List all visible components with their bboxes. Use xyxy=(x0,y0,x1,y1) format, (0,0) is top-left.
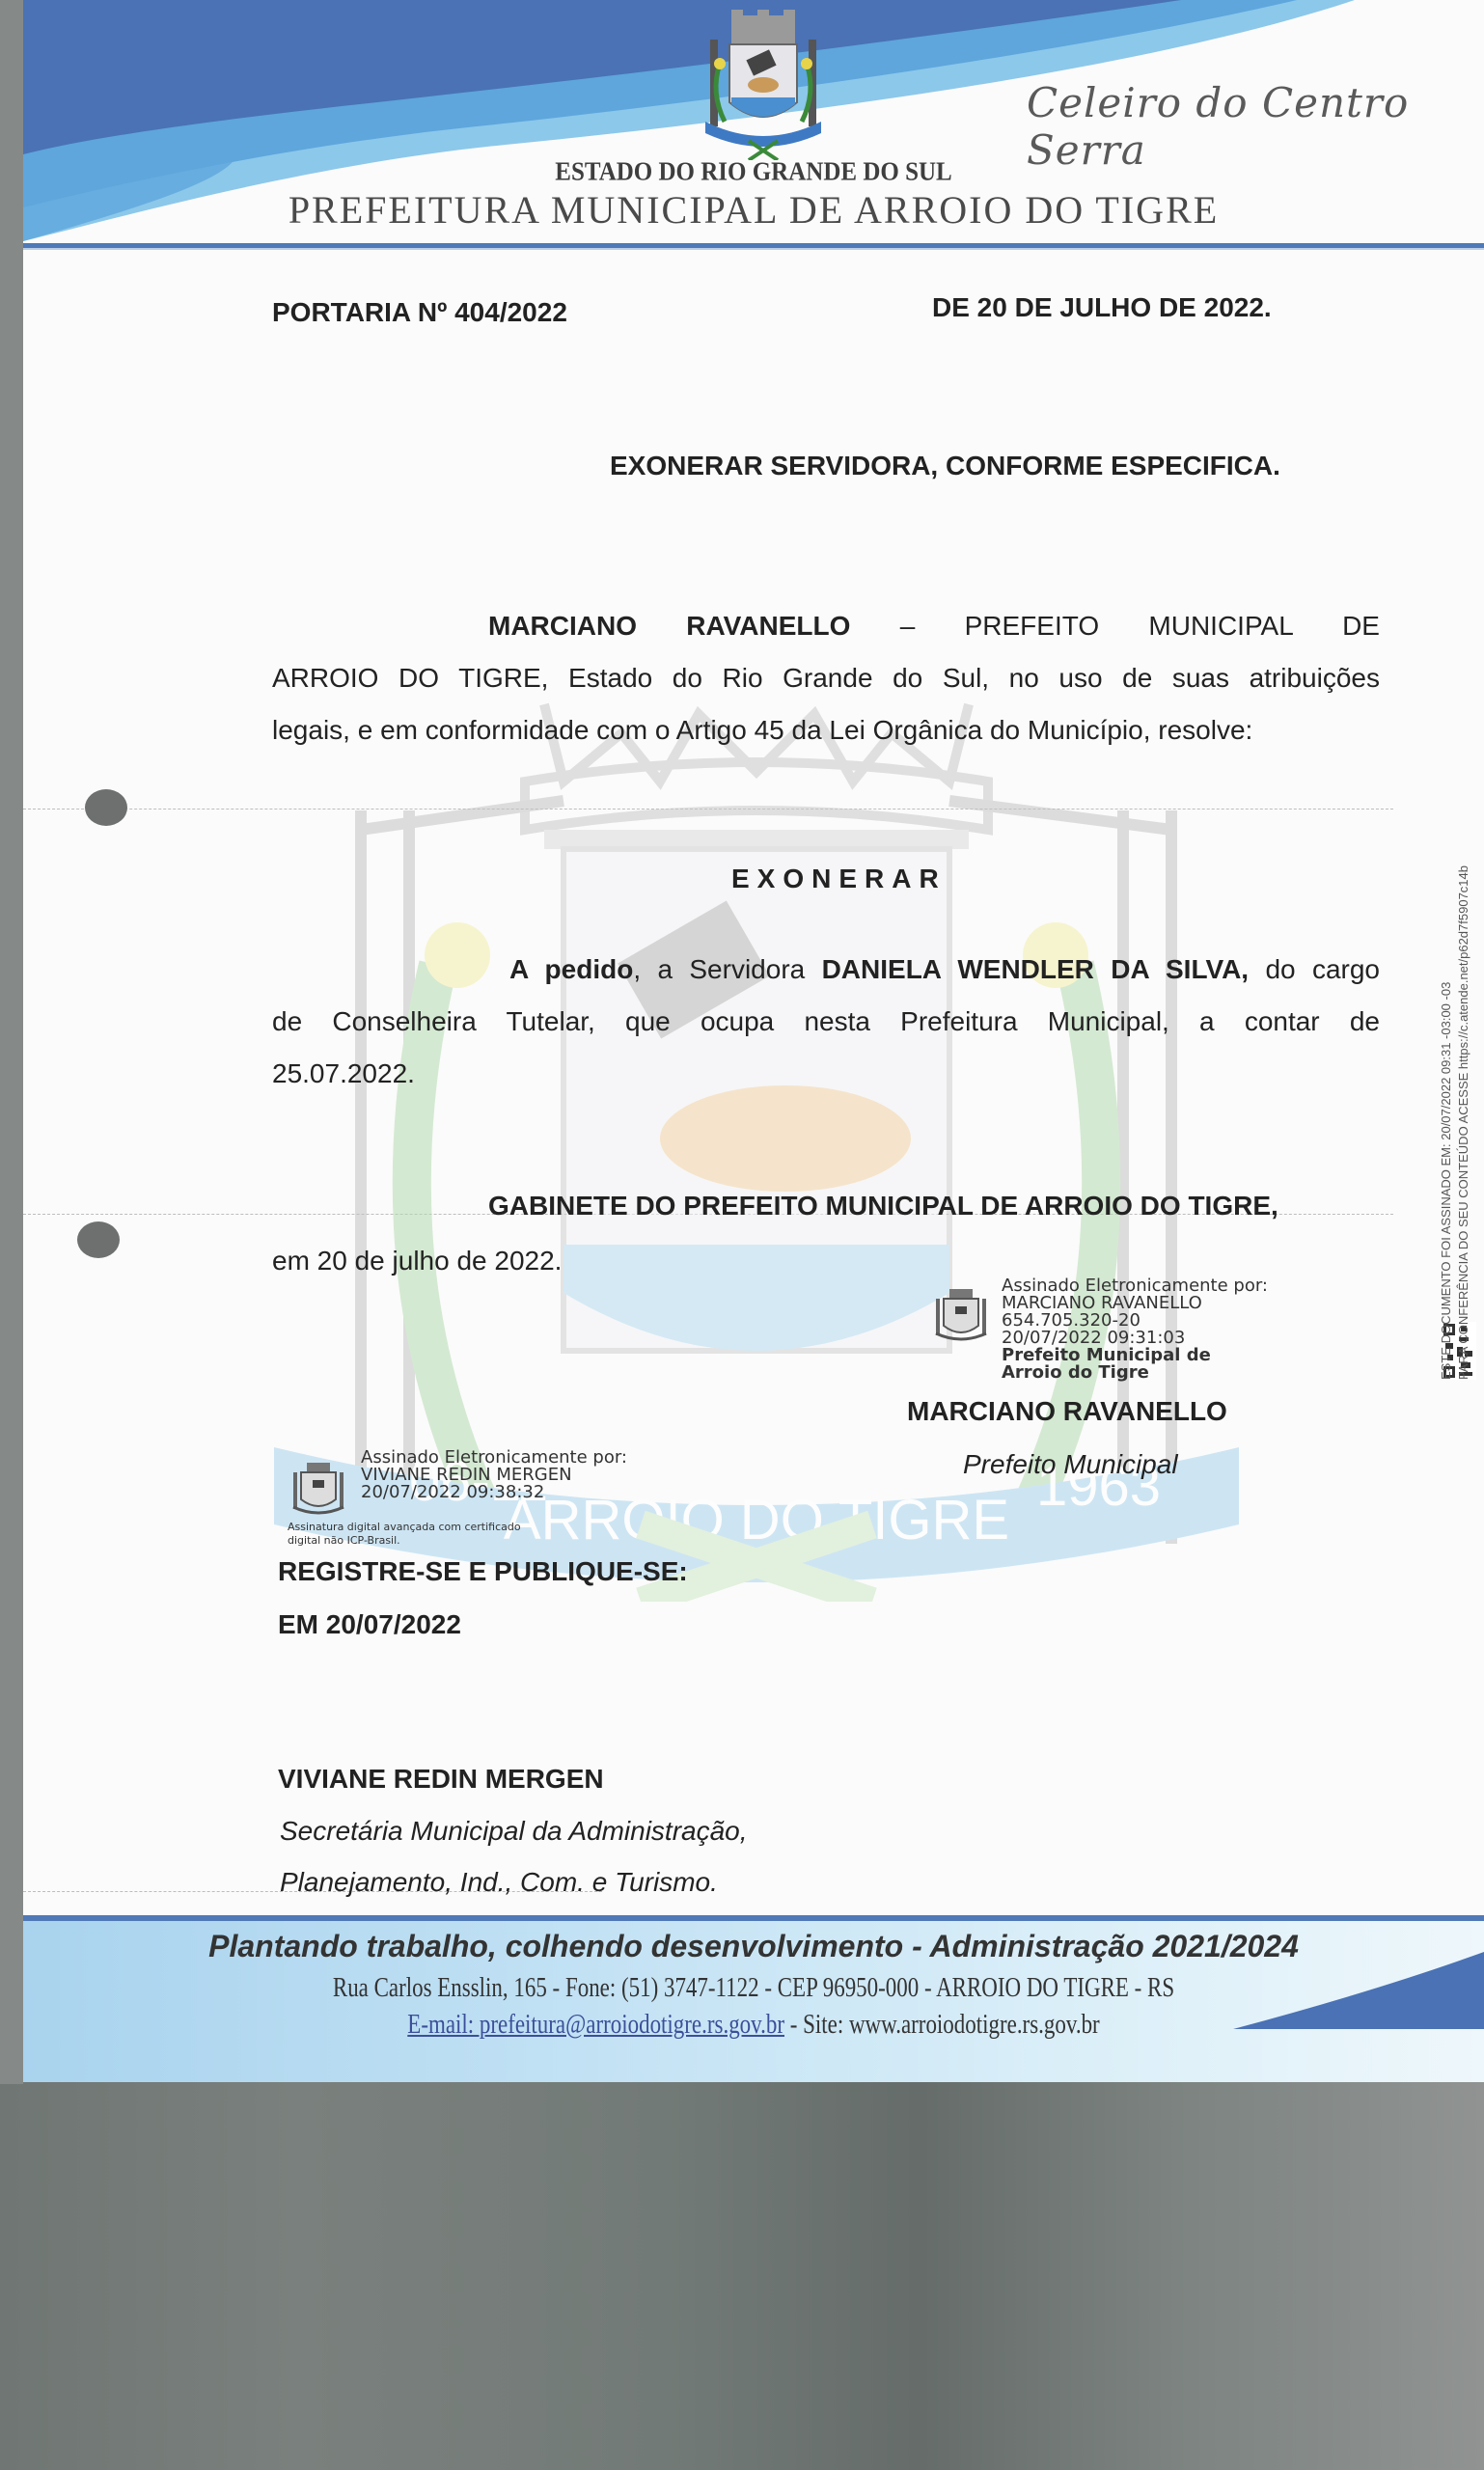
hole-punch xyxy=(77,1221,120,1258)
administration-slogan: Plantando trabalho, colhendo desenvolvim… xyxy=(23,1929,1484,1964)
scanner-edge xyxy=(0,0,23,2084)
mayor-name: MARCIANO RAVANELLO xyxy=(907,1396,1227,1427)
mayor-name-inline: MARCIANO RAVANELLO xyxy=(488,611,850,641)
city-hall-name: PREFEITURA MUNICIPAL DE ARROIO DO TIGRE xyxy=(23,187,1484,233)
letterhead-footer: Plantando trabalho, colhendo desenvolvim… xyxy=(23,1915,1484,2082)
employee-name: DANIELA WENDLER DA SILVA, xyxy=(822,954,1250,984)
verification-stamp: ESTE DOCUMENTO FOI ASSINADO EM: 20/07/20… xyxy=(1438,865,1472,1380)
mayor-e-signature: Assinado Eletronicamente por: MARCIANO R… xyxy=(1002,1277,1268,1382)
action-heading: EXONERAR xyxy=(731,864,947,894)
body-line-1: A pedido, a Servidora DANIELA WENDLER DA… xyxy=(272,944,1380,996)
closing-office: GABINETE DO PREFEITO MUNICIPAL DE ARROIO… xyxy=(488,1191,1278,1221)
body-line-3: 25.07.2022. xyxy=(272,1048,1380,1100)
closing-date: em 20 de julho de 2022. xyxy=(272,1246,562,1276)
sig-datetime: 20/07/2022 09:38:32 xyxy=(361,1484,627,1501)
hole-punch xyxy=(85,789,127,826)
mayor-title: Prefeito Municipal xyxy=(963,1449,1178,1480)
header-divider-light xyxy=(23,248,1484,250)
sig-role: Arroio do Tigre xyxy=(1002,1364,1268,1382)
city-hall-address: Rua Carlos Ensslin, 165 - Fone: (51) 374… xyxy=(154,1973,1352,2004)
body-text: do cargo xyxy=(1249,954,1380,984)
register-date: EM 20/07/2022 xyxy=(278,1609,461,1640)
intro-text: – PREFEITO MUNICIPAL DE xyxy=(850,611,1380,641)
body-text: , a Servidora xyxy=(633,954,821,984)
stamp-line: ESTE DOCUMENTO FOI ASSINADO EM: 20/07/20… xyxy=(1438,865,1455,1380)
email-link[interactable]: E-mail: prefeitura@arroiodotigre.rs.gov.… xyxy=(407,2010,784,2040)
seal-icon xyxy=(932,1285,990,1345)
document-page: Celeiro do Centro Serra ESTADO DO RIO GR… xyxy=(23,0,1484,2082)
body-bold: A pedido xyxy=(509,954,633,984)
portaria-date: DE 20 DE JULHO DE 2022. xyxy=(932,292,1272,323)
signature-note: Assinatura digital avançada com certific… xyxy=(288,1521,529,1548)
secretary-name: VIVIANE REDIN MERGEN xyxy=(278,1764,604,1795)
state-name: ESTADO DO RIO GRANDE DO SUL xyxy=(23,158,1484,188)
intro-line-1: MARCIANO RAVANELLO – PREFEITO MUNICIPAL … xyxy=(272,600,1380,652)
contact-line: E-mail: prefeitura@arroiodotigre.rs.gov.… xyxy=(154,2010,1352,2041)
body-line-2: de Conselheira Tutelar, que ocupa nesta … xyxy=(272,996,1380,1048)
stamp-verify-link[interactable]: PARA CONFERÊNCIA DO SEU CONTEÚDO ACESSE … xyxy=(1455,865,1472,1380)
register-heading: REGISTRE-SE E PUBLIQUE-SE: xyxy=(278,1556,688,1587)
site-text[interactable]: - Site: www.arroiodotigre.rs.gov.br xyxy=(784,2010,1100,2040)
portaria-summary: EXONERAR SERVIDORA, CONFORME ESPECIFICA. xyxy=(610,451,1280,481)
intro-line-2: ARROIO DO TIGRE, Estado do Rio Grande do… xyxy=(272,652,1380,704)
secretary-title-1: Secretária Municipal da Administração, xyxy=(280,1816,748,1847)
municipal-crest-icon xyxy=(691,6,836,160)
secretary-title-2: Planejamento, Ind., Com. e Turismo. xyxy=(280,1867,718,1898)
seal-icon xyxy=(289,1459,347,1519)
intro-line-3: legais, e em conformidade com o Artigo 4… xyxy=(272,704,1380,756)
footer-divider xyxy=(23,1915,1484,1921)
secretary-e-signature: Assinado Eletronicamente por: VIVIANE RE… xyxy=(361,1449,627,1501)
portaria-number: PORTARIA Nº 404/2022 xyxy=(272,297,567,328)
